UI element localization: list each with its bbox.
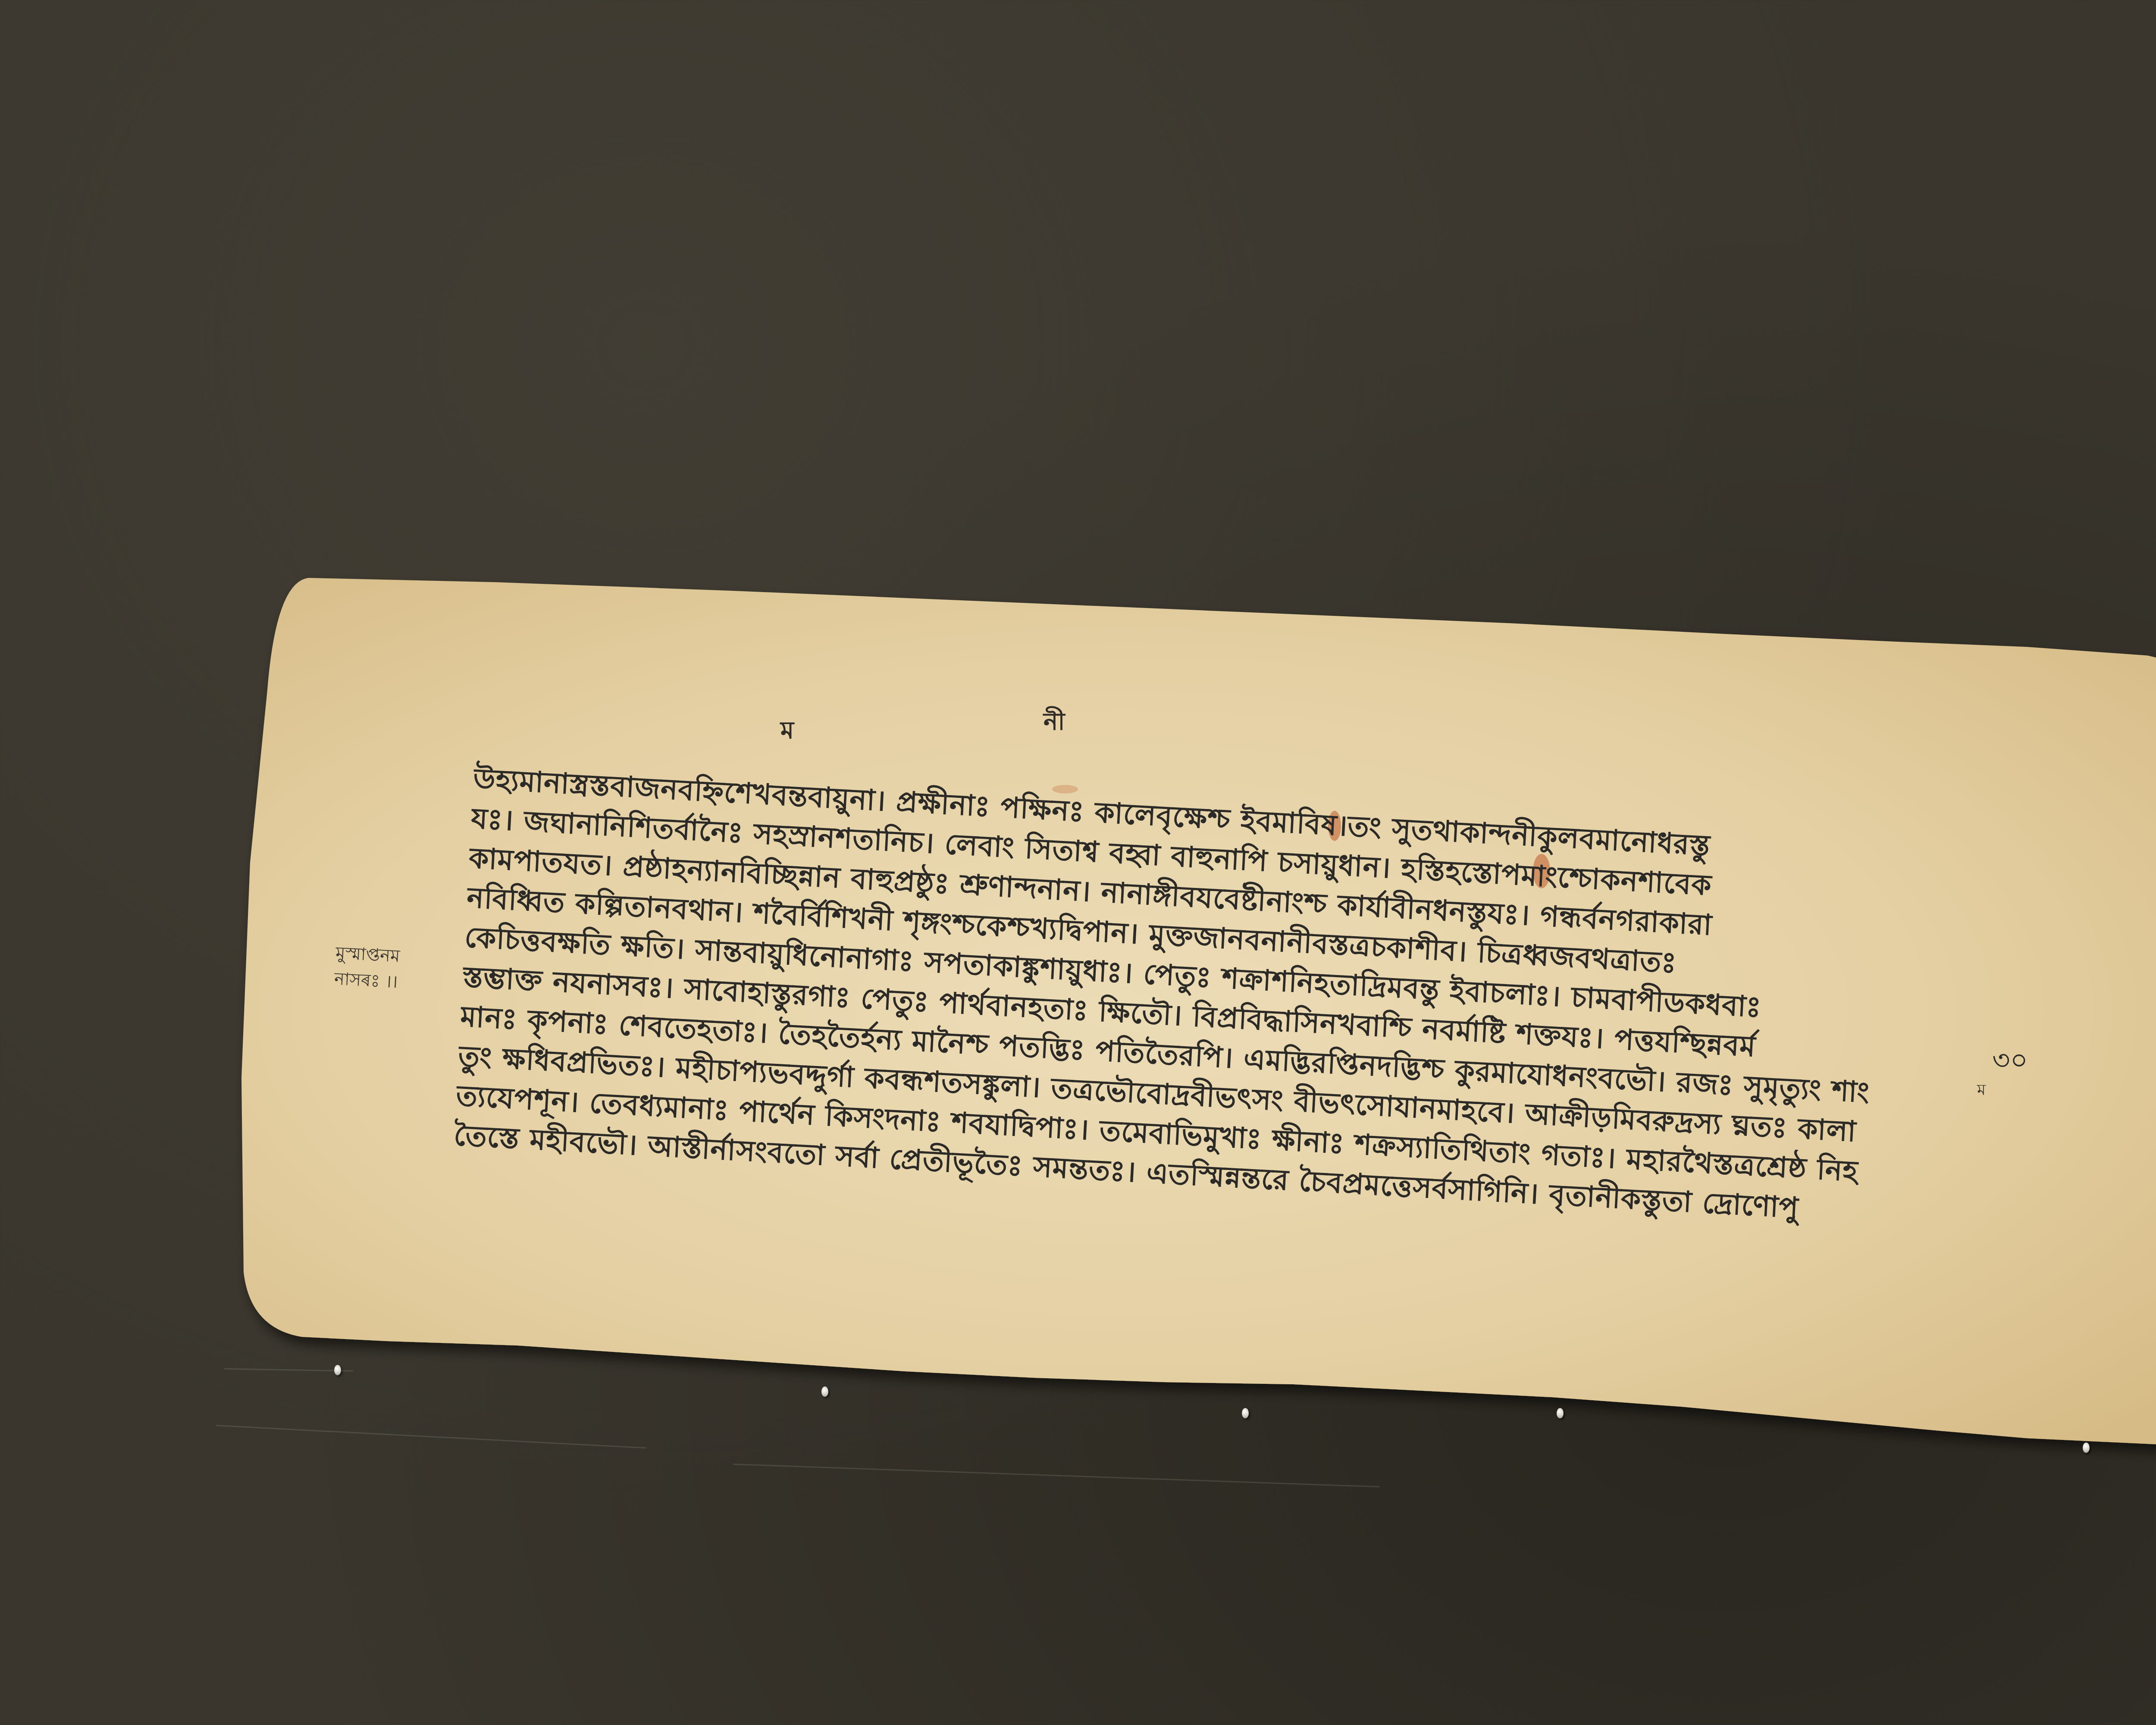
top-mark-2: নী [1044,703,1065,743]
mounting-pin [1242,1408,1249,1418]
mounting-pin [334,1365,341,1375]
mounting-pin [821,1386,828,1397]
manuscript-text: উহ্যমানাস্ত্রস্তবাজনবহ্নিশেখবন্তবায়ুনা।… [453,759,2007,1238]
folio-number: ৩০ [1992,1039,2028,1085]
folio-mark: ম [1977,1078,1986,1104]
margin-note: মুস্মাপ্তনম নাসৰঃ ।। [334,940,474,999]
top-mark-1: ম [780,712,794,752]
mounting-pin [2083,1443,2090,1453]
mounting-pin [1557,1408,1564,1418]
manuscript-leaf: ম নী উহ্যমানাস্ত্রস্তবাজনবহ্নিশেখবন্তবায… [0,0,2156,1725]
